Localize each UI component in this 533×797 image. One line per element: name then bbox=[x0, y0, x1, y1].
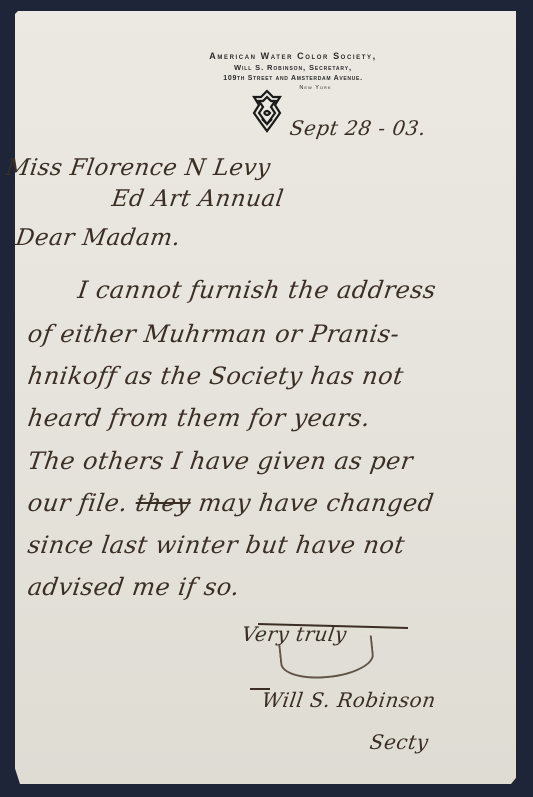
body-line-8: advised me if so. bbox=[26, 573, 242, 601]
letterhead-organization: American Water Color Society, bbox=[70, 51, 516, 62]
body-line-6: our file. they may have changed bbox=[26, 489, 436, 517]
body-line-4: heard from them for years. bbox=[26, 404, 372, 432]
letterhead-address: 109th Street and Amsterdam Avenue. bbox=[70, 73, 516, 84]
signature: Will S. Robinson bbox=[260, 688, 437, 712]
struck-word: they bbox=[134, 489, 193, 517]
letterhead-secretary: Will S. Robinson, Secretary, bbox=[70, 62, 516, 73]
letterhead: American Water Color Society, Will S. Ro… bbox=[15, 51, 516, 92]
body-line-3: hnikoff as the Society has not bbox=[26, 362, 405, 390]
recipient-title: Ed Art Annual bbox=[110, 186, 285, 212]
society-emblem-icon bbox=[251, 89, 283, 133]
letter-paper: American Water Color Society, Will S. Ro… bbox=[15, 11, 516, 784]
body-line-7: since last winter but have not bbox=[26, 531, 407, 559]
body-line-6-start: our file. bbox=[26, 489, 138, 517]
bleed-through-mark bbox=[355, 581, 515, 621]
body-line-6-rest: may have changed bbox=[189, 489, 436, 517]
body-line-2: of either Muhrman or Pranis- bbox=[26, 320, 401, 348]
body-line-5: The others I have given as per bbox=[26, 447, 415, 475]
body-line-1: I cannot furnish the address bbox=[76, 276, 438, 304]
letterhead-city: New York bbox=[115, 84, 516, 92]
letter-date: Sept 28 - 03. bbox=[288, 116, 427, 140]
signer-title: Secty bbox=[368, 730, 430, 754]
recipient-name: Miss Florence N Levy bbox=[4, 155, 272, 181]
salutation: Dear Madam. bbox=[14, 225, 182, 251]
